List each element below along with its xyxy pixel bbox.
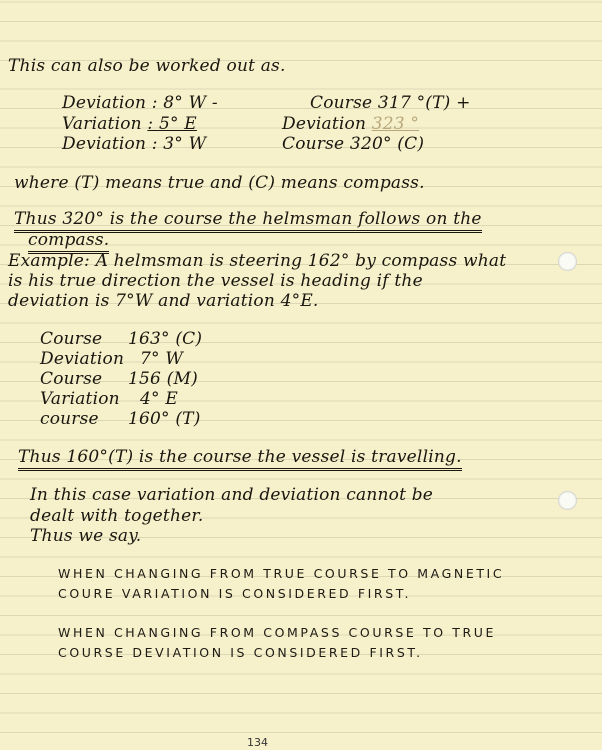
rule-2-line: COURSE DEVIATION IS CONSIDERED FIRST. — [58, 645, 423, 660]
note-line: dealt with together. — [30, 506, 203, 526]
calc2-row: Variation4° E — [40, 389, 178, 409]
rule-1-line: COURE VARIATION IS CONSIDERED FIRST. — [58, 586, 411, 601]
rule-2-line: WHEN CHANGING FROM COMPASS COURSE TO TRU… — [58, 625, 496, 640]
conclusion-1: Thus 320° is the course the helmsman fol… — [14, 209, 482, 229]
note-line: Thus we say. — [30, 526, 141, 546]
example-line: is his true direction the vessel is head… — [8, 271, 423, 291]
calc1-right-row: Deviation 323 ° — [282, 114, 419, 134]
page-number: 134 — [247, 736, 268, 749]
rule-1-line: WHEN CHANGING FROM TRUE COURSE TO MAGNET… — [58, 566, 504, 581]
calc1-left-row: Variation : 5° E — [62, 114, 197, 134]
calc1-left-row: Deviation : 3° W — [62, 134, 206, 154]
calc2-row: Deviation7° W — [40, 349, 183, 369]
calc2-row: Course163° (C) — [40, 329, 202, 349]
example-line: deviation is 7°W and variation 4°E. — [8, 291, 319, 311]
example-line: Example: A helmsman is steering 162° by … — [8, 251, 506, 271]
intro-text: This can also be worked out as. — [8, 56, 286, 76]
punch-hole — [558, 491, 577, 510]
notebook-page: This can also be worked out as. Deviatio… — [0, 0, 602, 750]
calc1-left-row: Deviation : 8° W - — [62, 93, 218, 113]
punch-hole — [558, 252, 577, 271]
calc2-row: Course156 (M) — [40, 369, 198, 389]
calc1-right-row: Course 320° (C) — [282, 134, 424, 154]
conclusion-1-cont: compass. — [28, 230, 109, 250]
calc1-right-row: Course 317 °(T) + — [310, 93, 471, 113]
calc2-row: course160° (T) — [40, 409, 201, 429]
note-line: In this case variation and deviation can… — [30, 485, 433, 505]
conclusion-2: Thus 160°(T) is the course the vessel is… — [18, 447, 462, 467]
legend-text: where (T) means true and (C) means compa… — [14, 173, 425, 193]
